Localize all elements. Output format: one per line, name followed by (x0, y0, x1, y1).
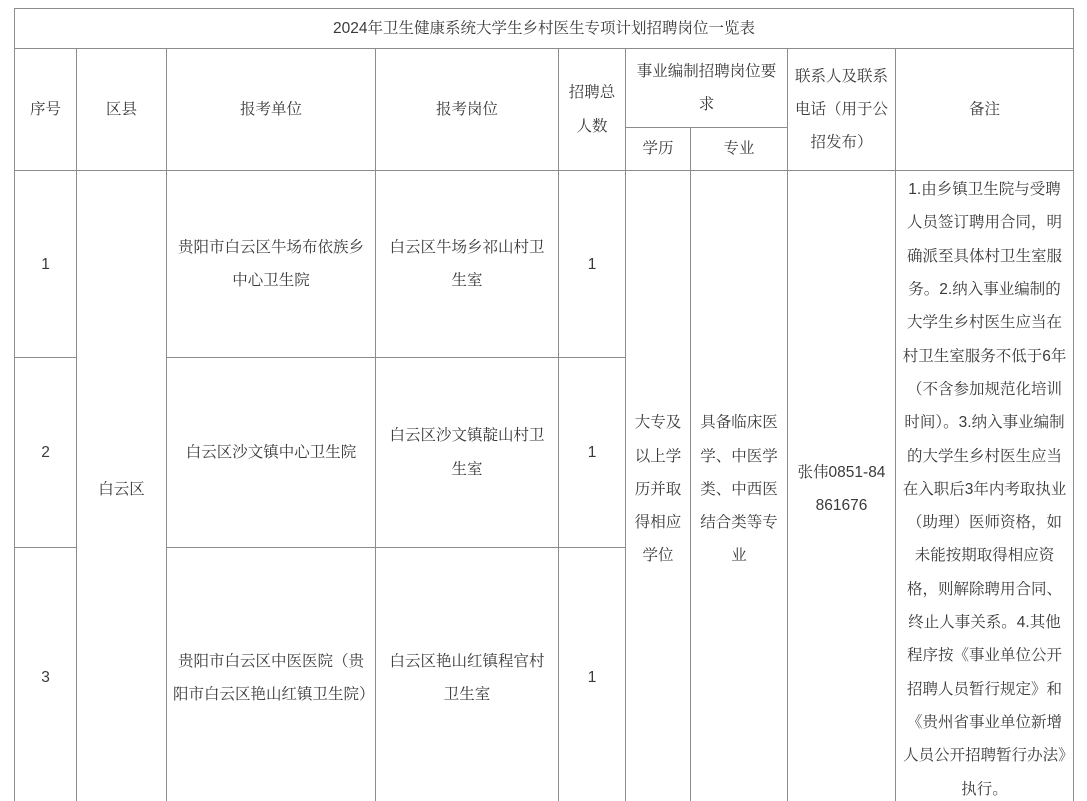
cell-total: 1 (559, 547, 626, 801)
cell-remarks-merged: 1.由乡镇卫生院与受聘人员签订聘用合同，明确派至具体村卫生室服务。2.纳入事业编… (896, 171, 1074, 801)
page-root: 2024年卫生健康系统大学生乡村医生专项计划招聘岗位一览表 序号 区县 报考单位… (0, 0, 1087, 801)
cell-district-merged: 白云区 (77, 171, 167, 801)
cell-contact-merged: 张伟0851-84861676 (788, 171, 896, 801)
header-district: 区县 (77, 49, 167, 171)
cell-unit: 贵阳市白云区牛场布依族乡中心卫生院 (167, 171, 376, 358)
table-title: 2024年卫生健康系统大学生乡村医生专项计划招聘岗位一览表 (15, 9, 1074, 49)
recruitment-table: 2024年卫生健康系统大学生乡村医生专项计划招聘岗位一览表 序号 区县 报考单位… (14, 8, 1074, 801)
header-position: 报考岗位 (376, 49, 559, 171)
cell-unit: 白云区沙文镇中心卫生院 (167, 358, 376, 547)
header-requirement-group: 事业编制招聘岗位要求 (626, 49, 788, 128)
cell-position: 白云区沙文镇靛山村卫生室 (376, 358, 559, 547)
table-row: 1 白云区 贵阳市白云区牛场布依族乡中心卫生院 白云区牛场乡祁山村卫生室 1 大… (15, 171, 1074, 358)
header-seq: 序号 (15, 49, 77, 171)
cell-total: 1 (559, 358, 626, 547)
cell-total: 1 (559, 171, 626, 358)
header-education: 学历 (626, 128, 691, 171)
header-remarks: 备注 (896, 49, 1074, 171)
cell-major-merged: 具备临床医学、中医学类、中西医结合类等专业 (691, 171, 788, 801)
cell-unit: 贵阳市白云区中医医院（贵阳市白云区艳山红镇卫生院） (167, 547, 376, 801)
cell-position: 白云区艳山红镇程官村卫生室 (376, 547, 559, 801)
cell-seq: 1 (15, 171, 77, 358)
cell-seq: 3 (15, 547, 77, 801)
header-total: 招聘总人数 (559, 49, 626, 171)
header-major: 专业 (691, 128, 788, 171)
cell-seq: 2 (15, 358, 77, 547)
header-unit: 报考单位 (167, 49, 376, 171)
header-contact: 联系人及联系电话（用于公招发布） (788, 49, 896, 171)
cell-education-merged: 大专及以上学历并取得相应学位 (626, 171, 691, 801)
cell-position: 白云区牛场乡祁山村卫生室 (376, 171, 559, 358)
